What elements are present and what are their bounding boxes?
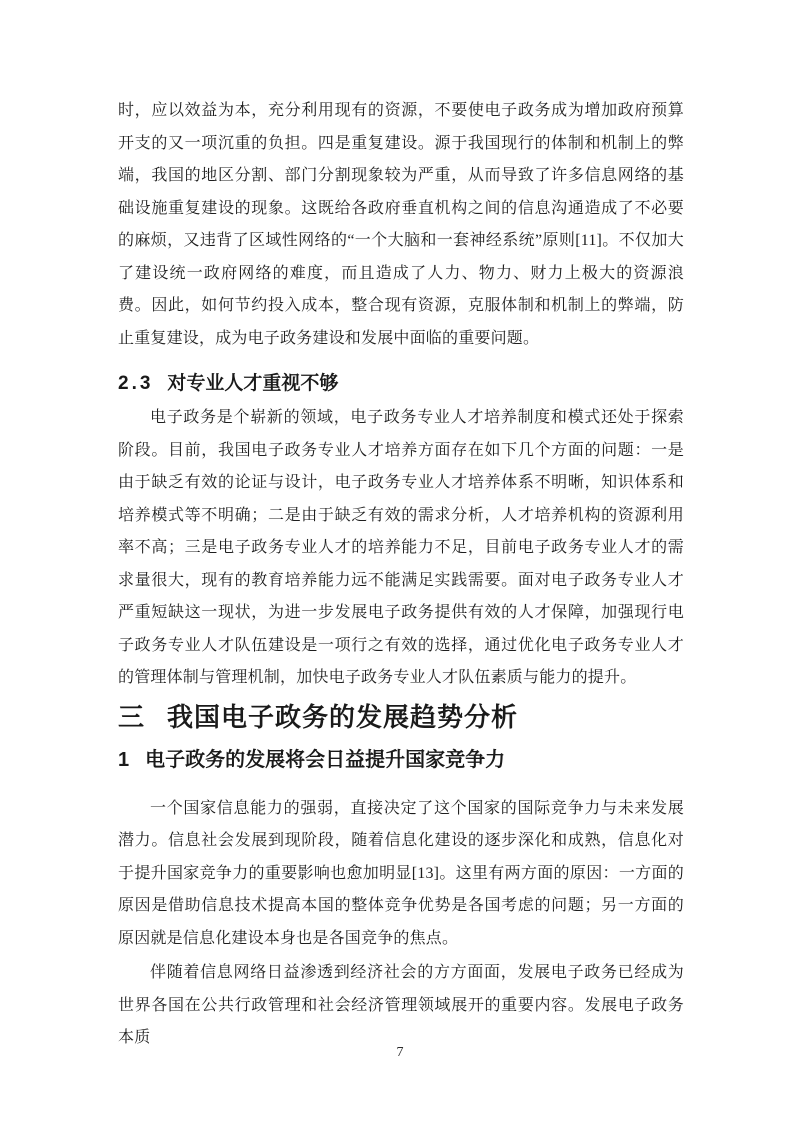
page-number: 7 xyxy=(397,1045,404,1060)
chapter-heading-number: 三 xyxy=(118,702,145,732)
subsection-heading-1: 1电子政务的发展将会日益提升国家竞争力 xyxy=(118,746,684,774)
body-paragraph-1: 时，应以效益为本，充分利用现有的资源，不要使电子政务成为增加政府预算开支的又一项… xyxy=(118,95,684,355)
subsection-heading-number: 1 xyxy=(118,749,129,771)
subsection-heading-title: 电子政务的发展将会日益提升国家竞争力 xyxy=(145,749,505,771)
section-heading-2-3: 2.3对专业人才重视不够 xyxy=(118,372,684,396)
document-page: 时，应以效益为本，充分利用现有的资源，不要使电子政务成为增加政府预算开支的又一项… xyxy=(0,0,800,1132)
body-paragraph-3: 一个国家信息能力的强弱，直接决定了这个国家的国际竞争力与未来发展潜力。信息社会发… xyxy=(118,793,684,956)
text-block: 时，应以效益为本，充分利用现有的资源，不要使电子政务成为增加政府预算开支的又一项… xyxy=(118,95,684,1055)
body-paragraph-2: 电子政务是个崭新的领域，电子政务专业人才培养制度和模式还处于探索阶段。目前，我国… xyxy=(118,402,684,695)
section-heading-number: 2.3 xyxy=(118,373,153,394)
body-paragraph-4: 伴随着信息网络日益渗透到经济社会的方方面面，发展电子政务已经成为世界各国在公共行… xyxy=(118,957,684,1055)
chapter-heading-title: 我国电子政务的发展趋势分析 xyxy=(167,702,518,732)
chapter-heading-3: 三我国电子政务的发展趋势分析 xyxy=(118,700,684,734)
page-footer: 7 xyxy=(0,1045,800,1061)
section-heading-title: 对专业人才重视不够 xyxy=(167,373,338,394)
